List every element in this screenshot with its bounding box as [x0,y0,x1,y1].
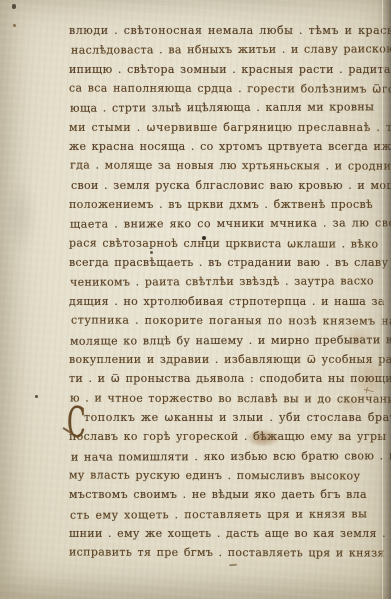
manuscript-line: юща . стрти злыѣ ицѣляюща . капля ми кро… [70,98,379,119]
manuscript-line: исправить тя пре бгмъ . поставляеть цря … [69,543,379,563]
manuscript-line: и нача помишляти . яко избью всю братю с… [71,446,379,467]
page-edge-shadow [378,0,391,599]
parchment-smudge [4,178,38,256]
initial-letter-glyph: С [67,403,86,443]
manuscript-line: сть ему хощеть . поставляеть цря и князя… [70,504,379,525]
manuscript-line: свои . земля руска блгасловис ваю кровью… [71,176,379,195]
manuscript-line: положениемъ . въ цркви дхмъ . бжтвенѣ пр… [69,195,379,214]
manuscript-line: ми стыми . ѡчервивше багряницю преславна… [69,118,379,137]
manuscript-line: рася свѣтозарноѣ слнци црквиста ѡклаши .… [69,233,379,253]
manuscript-line: шнии . ему же хощеть . дасть аще во кая … [69,524,379,543]
initial-letter-c: С [67,403,87,451]
margin-mark: +– [362,385,373,396]
ink-speck [13,24,16,27]
manuscript-line: тополкъ же ѡканны и злыи . уби стослава … [69,408,379,427]
manuscript-line: же красна носяща . со хртомъ цртвуета вс… [69,137,379,156]
manuscript-line: наслѣдоваста . ва нбныхъ житьи . и славу… [71,40,379,61]
manuscript-line: ченикомъ . раита свѣтлѣи звѣздѣ . заутра… [70,272,379,293]
manuscript-line: ти . и ѿ проныства дьявола : сподобита н… [69,369,379,388]
manuscript-line: пославъ ко горѣ угореской . бѣжащю ему в… [69,427,379,446]
manuscript-page-photo: С влюди . свѣтоносная немала любы . тѣмъ… [0,0,391,599]
manuscript-line: ипищю . свѣтора зомныи . красныя расти .… [69,60,379,79]
manuscript-line: са вса наполняюща срдца . горести болѣзн… [69,78,379,98]
manuscript-line: влюди . свѣтоносная немала любы . тѣмъ и… [69,21,379,40]
text-block: С влюди . свѣтоносная немала любы . тѣмъ… [69,21,379,563]
manuscript-line: всегда прасвѣщаеть . въ страдании ваю . … [69,253,379,272]
manuscript-line: му власть рускую единъ . помысливъ высок… [69,465,379,485]
manuscript-line: щаета . вниже яко со мчники мчника . за … [70,214,379,235]
manuscript-line: дящия . но хртолюбивая стрпотерпца . и н… [69,292,379,311]
manuscript-line: мъствомъ своимъ . не вѣдыи яко даеть бгъ… [69,485,379,504]
manuscript-line: ступника . покорите поганыя по нозѣ княз… [71,311,379,331]
ink-speck [12,4,16,9]
ink-speck [229,564,237,567]
manuscript-line: вокуплении и здравии . избавляющи ѿ усоб… [69,350,379,369]
manuscript-line: гда . моляще за новыя лю хртьяньскыя . и… [70,156,379,176]
ink-speck [35,395,38,398]
manuscript-line: моляще ко влцѣ бу нашему . и мирно пребы… [70,330,379,351]
manuscript-line: ю . и чтное торжество во вславѣ вы и до … [70,388,379,408]
page-edge-highlight [382,0,383,599]
